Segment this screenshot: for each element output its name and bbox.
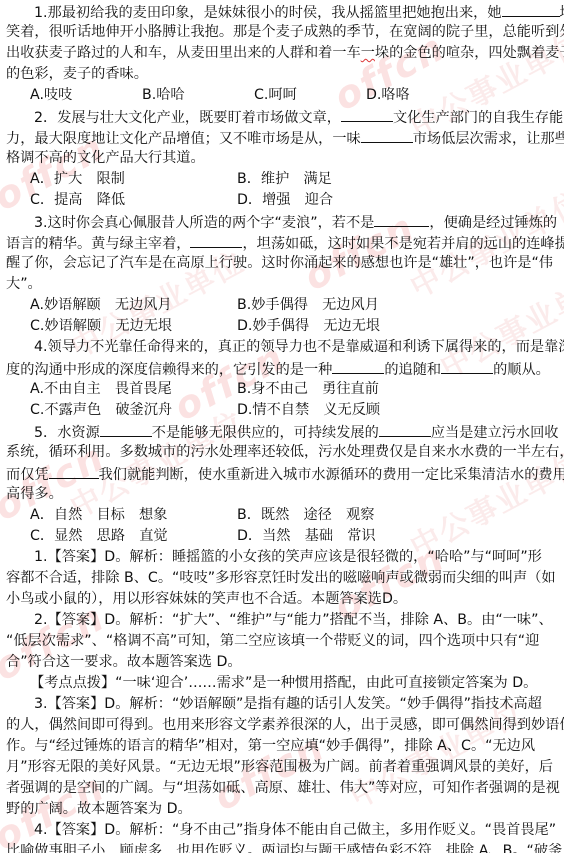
answer-text-line: 1.【答案】D。解析：睡摇篮的小女孩的笑声应该是很轻微的，“哈哈”与“呵呵”形 (34, 548, 560, 567)
answer-blank (100, 422, 152, 437)
question-text-line: 力，最大限度地让文化产品增值；又不唯市场是从，一味市场低层次需求，让那些 (6, 128, 560, 147)
answer-text-line: 的人，偶然间即可得到。也用来形容文学素养很深的人，出于灵感，即可偶然间得到妙语佳 (6, 716, 560, 735)
question-text-line: 系统，循环利用。多数城市的污水处理率还较低，污水处理费仅是自来水水费的一半左右， (6, 443, 560, 462)
question-text-line: 大”。 (6, 275, 560, 294)
question-text-line: 语言的精华。黄与绿主宰着，，坦荡如砥，这时如果不是宛若并肩的远山的连峰提 (6, 233, 560, 252)
question-text-line: 度的沟通中形成的深度信赖得来的，它引发的是一种的追随和的顺从。 (6, 359, 560, 378)
options-row: A.不由自主 畏首畏尾 B.身不由己 勇往直前 (30, 380, 530, 399)
question-text-line: 出收获麦子路过的人和车，从麦田里出来的人群和着一车一垛的金色的喧杂，四处飘着麦子 (6, 44, 560, 63)
options-row: A．扩大 限制 B．维护 满足 (30, 170, 530, 189)
answer-text-line: 3.【答案】D。解析：“妙语解颐”是指有趣的话引人发笑。“妙手偶得”指技术高超 (34, 695, 560, 714)
key-point-tip: 【考点点拨】“一味‘迎合’……需求”是一种惯用搭配，由此可直接锁定答案为 D。 (30, 674, 560, 693)
answer-text-line: 4.【答案】D。解析：“身不由己”指身体不能由自己做主，多用作贬义。“畏首畏尾” (34, 821, 560, 840)
answer-blank (190, 233, 242, 248)
answer-text-line: 容都不合适，排除 B、C。“吱吱”多形容烹饪时发出的嗞嗞响声或微弱而尖细的叫声（… (6, 569, 560, 588)
options-row: C．提高 降低 D．增强 迎合 (30, 191, 530, 210)
option-c: C.妙语解颐 无边无垠 (30, 317, 172, 336)
option-a: A.不由自主 畏首畏尾 (30, 380, 172, 399)
answer-blank (374, 212, 429, 227)
option-a: A.吱吱 (30, 86, 72, 105)
option-b: B.妙手偶得 无边风月 (237, 296, 379, 315)
question-text-line: 笑着，很听话地伸开小胳膊让我抱。那是个麦子成熟的季节，在宽阔的院子里，总能听到外 (6, 23, 560, 42)
answer-blank (441, 359, 493, 374)
answer-blank (341, 107, 393, 122)
option-c: C．提高 降低 (30, 191, 125, 210)
answer-text-line: 小鸟或小鼠的），用以形容妹妹的笑声也不合适。本题答案选D。 (6, 590, 560, 609)
question-text-line: 4.领导力不光靠任命得来的，真正的领导力也不是靠威逼和利诱下属得来的，而是靠深 (34, 338, 560, 357)
exam-document: offcn 中公事业单位 offcn offcn 中公事业单位 中公事业单位 o… (0, 0, 564, 853)
options-row: A.吱吱 B.哈哈 C.呵呵 D.咯咯 (30, 86, 530, 105)
answer-blank (332, 359, 384, 374)
question-text-line: 的色彩，麦子的香味。 (6, 65, 560, 84)
answer-text-line: 2.【答案】D。解析：“扩大”、“维护”与“能力”搭配不当，排除 A、B。由“一… (34, 611, 560, 630)
option-b: B.身不由己 勇往直前 (237, 380, 379, 399)
answer-blank (502, 2, 560, 17)
answer-text-line: 月”形容无限的美好风景。“无边无垠”形容范围极为广阔。前者着重强调风景的美好，后 (6, 758, 560, 777)
answer-text-line: 野的广阔。故本题答案为 D。 (6, 800, 560, 819)
options-row: A．自然 目标 想象 B．既然 途径 观察 (30, 506, 530, 525)
option-a: A.妙语解颐 无边风月 (30, 296, 172, 315)
option-d: D．增强 迎合 (237, 191, 333, 210)
option-a: A．扩大 限制 (30, 170, 125, 189)
option-b: B．维护 满足 (237, 170, 332, 189)
option-d: D.妙手偶得 无边无垠 (237, 317, 380, 336)
answer-blank (49, 464, 99, 479)
question-text-line: 1.那最初给我的麦田印象，是妹妹很小的时侯，我从摇篮里把她抱出来，她地 (34, 2, 560, 21)
options-row: C．显然 思路 直觉 D．当然 基础 常识 (30, 527, 530, 546)
options-row: A.妙语解颐 无边风月 B.妙手偶得 无边风月 (30, 296, 530, 315)
answer-text-line: 者强调的是空间的广阔。与“坦荡如砥、高原、雄壮、伟大”等对应，可知作者强调的是视 (6, 779, 560, 798)
option-a: A．自然 目标 想象 (30, 506, 167, 525)
option-d: D.情不自禁 义无反顾 (237, 401, 380, 420)
answer-blank (379, 422, 431, 437)
option-c: C．显然 思路 直觉 (30, 527, 168, 546)
question-text-line: 5．水资源不是能够无限供应的，可持续发展的应当是建立污水回收 (34, 422, 560, 441)
question-text-line: 而仅凭我们就能判断，使水重新进入城市水源循环的费用一定比采集清洁水的费用 (6, 464, 560, 483)
option-d: D．当然 基础 常识 (237, 527, 376, 546)
question-text-line: 格调不高的文化产品大行其道。 (6, 149, 560, 168)
answer-text-line: “低层次需求”、“格调不高”可知，第二空应该填一个带贬义的词，四个选项中只有“迎 (6, 632, 560, 651)
question-text-line: 醒了你，会忘记了汽车是在高原上行驶。这时你涌起来的感想也许是“雄壮”，也许是“伟 (6, 254, 560, 273)
option-b: B.哈哈 (142, 86, 185, 105)
option-b: B．既然 途径 观察 (237, 506, 374, 525)
option-c: C.呵呵 (254, 86, 297, 105)
question-text-line: 3.这时你会真心佩服昔人所造的两个字“麦浪”，若不是，便确是经过锤炼的 (34, 212, 560, 231)
options-row: C.不露声色 破釜沉舟 D.情不自禁 义无反顾 (30, 401, 530, 420)
answer-text-line: 作。与“经过锤炼的语言的精华”相对，第一空应填“妙手偶得”，排除 A、C。“无边… (6, 737, 560, 756)
question-text-line: 高得多。 (6, 485, 560, 504)
options-row: C.妙语解颐 无边无垠 D.妙手偶得 无边无垠 (30, 317, 530, 336)
question-text-line: 2．发展与壮大文化产业，既要盯着市场做文章，文化生产部门的自我生存能 (34, 107, 560, 126)
answer-text-line: 合”符合这一要求。故本题答案选 D。 (6, 653, 560, 672)
option-d: D.咯咯 (366, 86, 410, 105)
answer-blank (361, 128, 413, 143)
answer-text-line: 比喻做事胆子小，顾虑多，也用作贬义。两词均与题干感情色彩不符，排除 A、B。“破… (6, 842, 560, 853)
option-c: C.不露声色 破釜沉舟 (30, 401, 172, 420)
